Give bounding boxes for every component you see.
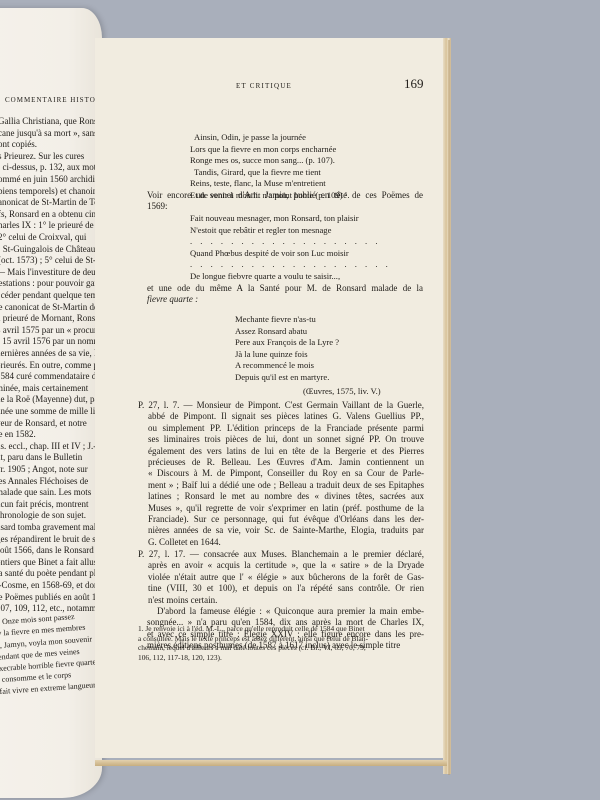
left-page-line: dernières années de sa vie, Ronsard	[0, 348, 102, 358]
verse-line: Depuis qu'il est en martyre.	[235, 372, 381, 384]
intro-paragraph-2: Voir encore un sonnet d'Am. Jamin, publi…	[147, 190, 423, 213]
text-line: fievre quarte :	[147, 294, 423, 305]
page-number: 169	[404, 76, 424, 92]
verse-line: Fait nouveau mesnager, mon Ronsard, ton …	[190, 213, 391, 225]
text-line: n'est moins certain.	[138, 595, 424, 606]
left-page-line: u prieuré de Mornant, Ronsard	[0, 313, 102, 323]
left-page-line: — Mais l'investiture de deux	[0, 267, 100, 277]
text-line: nières années de sa vie, voir Sc. de Sai…	[138, 525, 424, 536]
text-line: abbé de Pimpont. Il signait ses pièces l…	[138, 411, 424, 422]
text-line: P. 27, l. 7. — Monsieur de Pimpont. C'es…	[138, 400, 424, 411]
verse-line: Tandis, Girard, que la fievre me tient	[190, 167, 350, 179]
verse-line: Lors que la fievre en mon corps encharné…	[190, 144, 350, 156]
left-page-line: prieurés. En outre, comme prieur	[0, 360, 102, 370]
ellipsis-line: . . . . . . . . . . . . . . . . . . . .	[190, 259, 391, 271]
left-page-line: Gallia Christiana, que Ronsard	[0, 116, 102, 126]
left-page-line: le Poëmes publiés en août 1569	[0, 592, 102, 602]
text-line: a consultée. Mais le texte princeps est …	[138, 634, 424, 644]
text-line: et une ode du même A la Santé pour M. de…	[147, 283, 423, 294]
verse-line: Assez Ronsard abatu	[235, 326, 381, 338]
left-page-line: biens temporels) et chanoine	[0, 186, 101, 196]
verse-line: Reins, teste, flanc, la Muse m'entretien…	[190, 178, 350, 190]
left-page-line: cane jusqu'à sa mort », sans	[0, 128, 98, 138]
text-line: également des vers latins de lui en tête…	[138, 446, 424, 457]
left-page-line: t-Cosme, en 1568-69, et dont	[0, 580, 101, 590]
note-muses: P. 27, l. 17. — consacrée aux Muses. Bla…	[138, 549, 424, 606]
left-page-line: ontiers que Binet a fait allusion	[0, 557, 102, 567]
left-page-line: t céder pendant quelque temps	[0, 290, 102, 300]
left-page-line: la santé du poète pendant plus	[0, 568, 102, 578]
left-page: COMMENTAIRE HISTORIQUE Gallia Christiana…	[0, 8, 102, 798]
left-page-line: vr. 1905 ; Angot, note sur	[0, 464, 88, 474]
verse-line: Ainsin, Odin, je passe la journée	[190, 132, 350, 144]
verse-block-3: Mechante fievre n'as-tu Assez Ronsard ab…	[235, 314, 381, 398]
verse-line: N'estoit que rebâtir et regler ton mesna…	[190, 225, 391, 237]
left-page-line: nt, paru dans le Bulletin	[0, 452, 82, 462]
left-page-line: les Annales Fléchoises de	[0, 476, 88, 486]
intro-paragraph-3: et une ode du même A la Santé pour M. de…	[147, 283, 423, 306]
left-page-line: : St-Guingalois de Château	[0, 244, 95, 254]
verse-line: Ronge mes os, succe mon sang... (p. 107)…	[190, 155, 350, 167]
left-page-line: fs, Ronsard en a obtenu cinq	[0, 209, 100, 219]
text-line: tine (VIII, 30 et 100), et depuis on l'a…	[138, 583, 424, 594]
text-line: 106, 112, 117-18, 120, 123).	[138, 653, 424, 663]
left-page-line: nsard tomba gravement malade	[0, 522, 102, 532]
text-line: Franciade). Sur ce personnage, qui fut é…	[138, 514, 424, 525]
page-edge-shadow	[448, 40, 450, 775]
text-line: précieuses de R. Belleau. Les Œuvres d'A…	[138, 457, 424, 468]
left-running-head: COMMENTAIRE HISTORIQUE	[5, 96, 102, 104]
left-page-line: 8 avril 1575 par un « procureur	[0, 325, 102, 335]
verse-line: Jà la lune quinze fois	[235, 349, 381, 361]
text-line: 1569:	[147, 201, 423, 212]
text-line: ou simplement PP. L'édition princeps de …	[138, 423, 424, 434]
verse-source: (Œuvres, 1575, liv. V.)	[235, 386, 381, 398]
footnote: 1. Je renvoie ici à l'éd. M.-L., parce q…	[138, 624, 424, 662]
left-page-line: 1584 curé commendataire de	[0, 371, 100, 381]
left-page-line: (oct. 1573) ; 5° celui de St-Gilles	[0, 255, 102, 265]
left-page-line: nnée une somme de mille livres	[0, 406, 102, 416]
left-page-line: malade que sain. Les mots	[0, 487, 91, 497]
running-head: ET CRITIQUE	[236, 82, 292, 90]
left-page-line: harles IX : 1° le prieuré de	[0, 220, 94, 230]
text-line: ment » ; Baïf lui a dédié une ode ; Bell…	[138, 480, 424, 491]
text-line: chemain, lequel d'ailleurs a mal daté to…	[138, 643, 424, 653]
text-line: G. Colletet en 1644.	[138, 537, 424, 548]
verse-line: A recommencé le mois	[235, 360, 381, 372]
note-pimpont: P. 27, l. 7. — Monsieur de Pimpont. C'es…	[138, 400, 424, 548]
left-page-line: anonicat de St-Martin de Tours	[0, 197, 102, 207]
text-line: D'abord la fameuse élégie : « Quiconque …	[147, 606, 424, 617]
left-page-line: 2° celui de Croixval, qui	[0, 232, 86, 242]
text-line: « Discours à M. de Pimpont, Conseiller d…	[138, 468, 424, 479]
verse-line: Quand Phœbus despité de voir son Luc moi…	[190, 248, 391, 260]
text-line: après en avoir « acquis la certitude », …	[138, 560, 424, 571]
left-page-line: chronologie de son sujet.	[0, 510, 86, 520]
text-line: Muses », qu'il regrette de voir s'exprim…	[138, 503, 424, 514]
left-page-line: s Prieurez. Sur les cures	[0, 151, 84, 161]
left-page-line: ns. eccl., chap. III et IV ; J.-B.	[0, 441, 102, 451]
left-page-line: le en 1582.	[0, 429, 36, 439]
text-line: P. 27, l. 17. — consacrée aux Muses. Bla…	[138, 549, 424, 560]
left-page-line: de la Roë (Mayenne) dut, par	[0, 394, 101, 404]
ellipsis-line: . . . . . . . . . . . . . . . . . . .	[190, 236, 391, 248]
verse-block-2: Fait nouveau mesnager, mon Ronsard, ton …	[190, 213, 391, 282]
left-page-line: testations : pour pouvoir garder	[0, 278, 102, 288]
left-page-line: ont copiés.	[0, 139, 37, 149]
verse-line: De longue fiebvre quarte a voulu te sais…	[190, 271, 391, 283]
page-bottom-edge	[95, 760, 447, 766]
left-page-line: le canonicat de St-Martin de Tours	[0, 302, 102, 312]
left-page-line: . ci-dessus, p. 132, aux mots	[0, 162, 100, 172]
text-line: 1. Je renvoie ici à l'éd. M.-L., parce q…	[138, 624, 424, 634]
left-page-line: 107, 109, 112, etc., notamment	[0, 603, 102, 613]
left-page-line: minée, mais certainement	[0, 383, 88, 393]
verse-line: Pere aux François de la Lyre ?	[235, 337, 381, 349]
left-page-line: ges répandirent le bruit de sa	[0, 534, 100, 544]
text-line: Voir encore un sonnet d'Am. Jamin, publi…	[147, 190, 423, 201]
left-page-line: ommé en juin 1560 archidiacre	[0, 174, 102, 184]
left-page-line: ucun fait précis, montrent	[0, 499, 88, 509]
left-page-line: veur de Ronsard, et notre	[0, 418, 87, 428]
left-page-line: août 1566, dans le Ronsard	[0, 545, 94, 555]
verse-line: Mechante fievre n'as-tu	[235, 314, 381, 326]
left-page-line: e 15 avril 1576 par un nommé	[0, 336, 102, 346]
text-line: ses liminaires trois pièces de lui, dont…	[138, 434, 424, 445]
text-line: violée n'était autre que l' « élégie » a…	[138, 572, 424, 583]
text-line: latines ; Ronsard le met au nombre des «…	[138, 491, 424, 502]
